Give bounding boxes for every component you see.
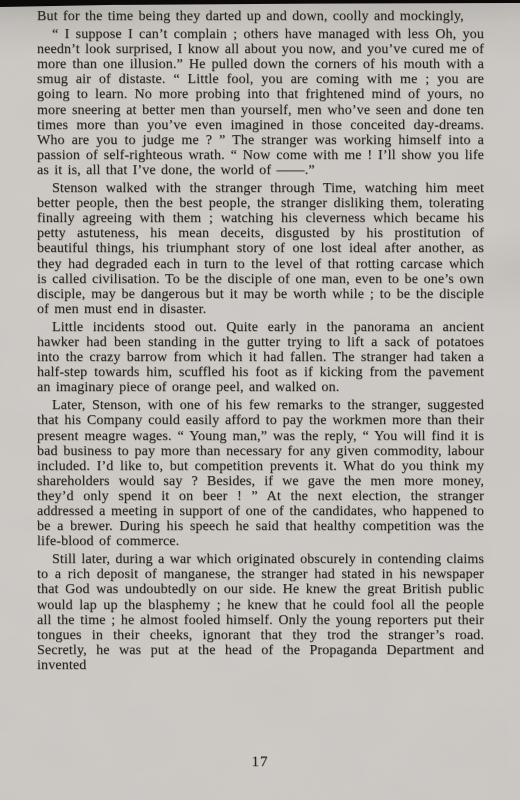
page-number: 17 [0,754,520,771]
book-page: But for the time being they darted up an… [0,0,520,800]
page-text: But for the time being they darted up an… [37,9,484,673]
paragraph-incidents: Little incidents stood out. Quite early … [37,320,484,395]
paragraph-stenson-time: Stenson walked with the stranger through… [37,181,484,317]
page-top-edge [0,0,520,7]
paragraph-continuation: But for the time being they darted up an… [37,9,484,24]
paragraph-war: Still later, during a war which originat… [37,552,484,673]
paragraph-wages: Later, Stenson, with one of his few rema… [37,398,484,549]
paragraph-dialogue: “ I suppose I can’t complain ; others ha… [37,27,484,178]
